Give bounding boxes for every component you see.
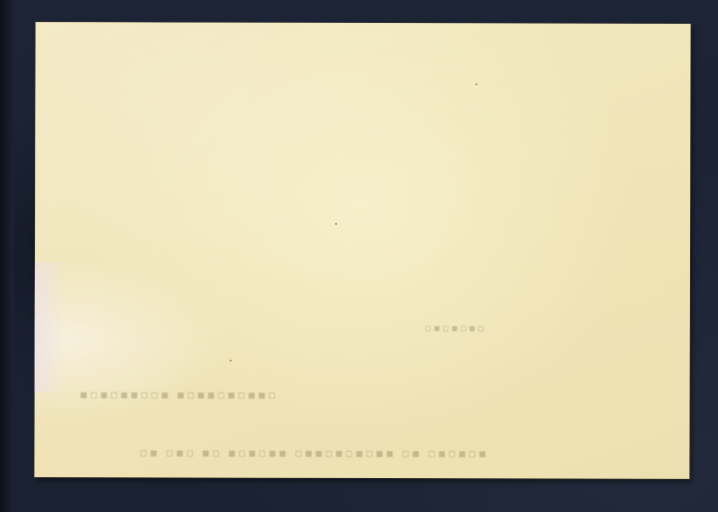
- scan-background-edge: [0, 0, 14, 512]
- paper-card: ​▪▫▪▫▪▪▫▫▪ ▪▫▪▪▫▪▫▪▪▫ ​▫▪ ▫▪▫ ▪▫ ▪▫▪▫▪▪ …: [34, 22, 690, 479]
- bleed-through-text: ​▫▪ ▫▪▫ ▪▫ ▪▫▪▫▪▪ ▫▪▪▫▪▫▪▫▪▪ ▫▪ ▫▪▫▪▫▪: [139, 445, 488, 460]
- paper-speck: [230, 360, 232, 362]
- paper-discoloration: [35, 262, 65, 392]
- bleed-through-text: ​▫▪▫▪▫▪▫: [425, 323, 486, 334]
- paper-speck: [335, 223, 337, 225]
- bleed-through-text: ​▪▫▪▫▪▪▫▫▪ ▪▫▪▪▫▪▫▪▪▫: [80, 387, 278, 402]
- paper-speck: [475, 83, 477, 85]
